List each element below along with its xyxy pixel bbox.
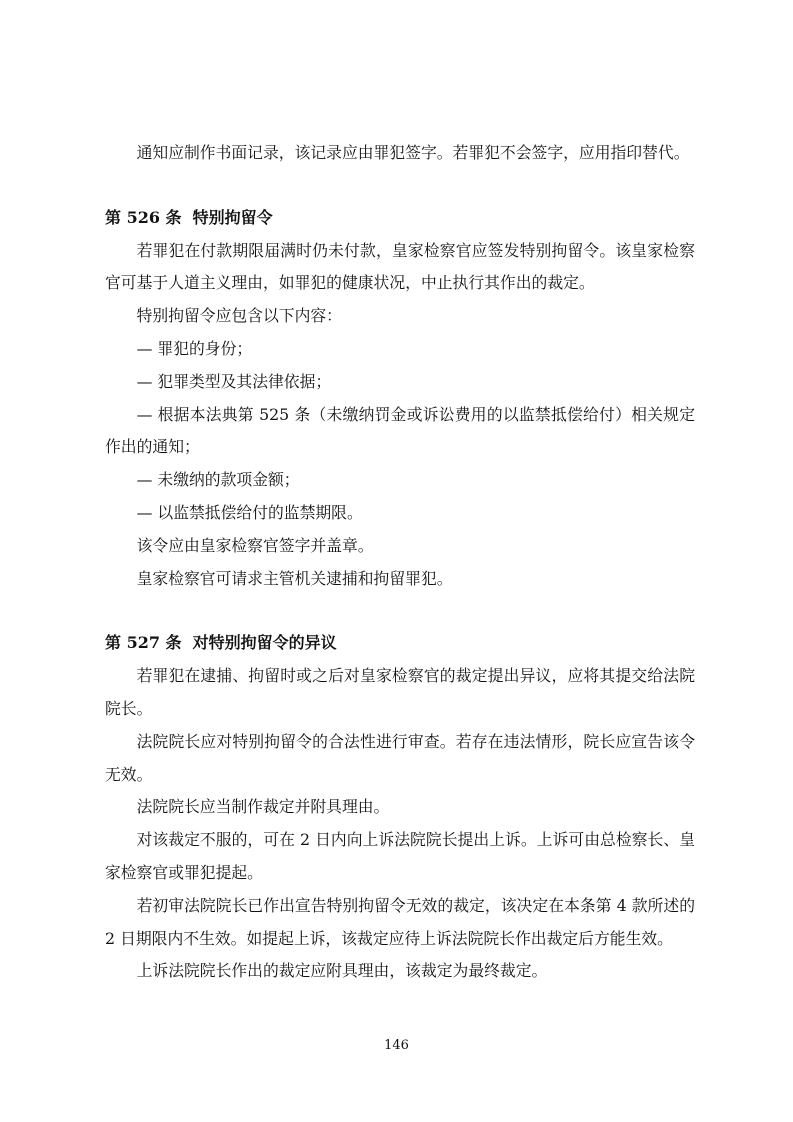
document-page: 通知应制作书面记录，该记录应由罪犯签字。若罪犯不会签字，应用指印替代。 第 52… <box>0 0 793 1122</box>
paragraph-526-issue-warrant: 若罪犯在付款期限届满时仍未付款，皇家检察官应签发特别拘留令。该皇家检察官可基于人… <box>105 235 695 301</box>
paragraph-527-legality-review: 法院院长应对特别拘留令的合法性进行审查。若存在违法情形，院长应宣告该令无效。 <box>105 726 695 792</box>
list-item-offender-identity: — 罪犯的身份； <box>105 333 695 366</box>
document-content: 通知应制作书面记录，该记录应由罪犯签字。若罪犯不会签字，应用指印替代。 第 52… <box>105 137 695 988</box>
page-number: 146 <box>0 1036 793 1056</box>
paragraph-527-reasoned-ruling: 法院院长应当制作裁定并附具理由。 <box>105 791 695 824</box>
paragraph-527-final-ruling: 上诉法院院长作出的裁定应附具理由，该裁定为最终裁定。 <box>105 955 695 988</box>
paragraph-527-effective-delay: 若初审法院院长已作出宣告特别拘留令无效的裁定，该决定在本条第 4 款所述的 2 … <box>105 890 695 956</box>
paragraph-notice-record: 通知应制作书面记录，该记录应由罪犯签字。若罪犯不会签字，应用指印替代。 <box>105 137 695 170</box>
article-526-heading: 第 526 条 特别拘留令 <box>105 202 695 235</box>
paragraph-527-appeal: 对该裁定不服的，可在 2 日内向上诉法院院长提出上诉。上诉可由总检察长、皇家检察… <box>105 824 695 890</box>
list-item-unpaid-amount: — 未缴纳的款项金额； <box>105 464 695 497</box>
article-527-heading: 第 527 条 对特别拘留令的异议 <box>105 627 695 660</box>
list-item-article-525-notice: — 根据本法典第 525 条（未缴纳罚金或诉讼费用的以监禁抵偿给付）相关规定作出… <box>105 399 695 465</box>
list-item-offence-type: — 犯罪类型及其法律依据； <box>105 366 695 399</box>
paragraph-526-arrest-request: 皇家检察官可请求主管机关逮捕和拘留罪犯。 <box>105 563 695 596</box>
list-item-imprisonment-term: — 以监禁抵偿给付的监禁期限。 <box>105 497 695 530</box>
paragraph-526-sign-seal: 该令应由皇家检察官签字并盖章。 <box>105 530 695 563</box>
paragraph-527-objection: 若罪犯在逮捕、拘留时或之后对皇家检察官的裁定提出异议，应将其提交给法院院长。 <box>105 660 695 726</box>
paragraph-526-contents-intro: 特别拘留令应包含以下内容： <box>105 300 695 333</box>
